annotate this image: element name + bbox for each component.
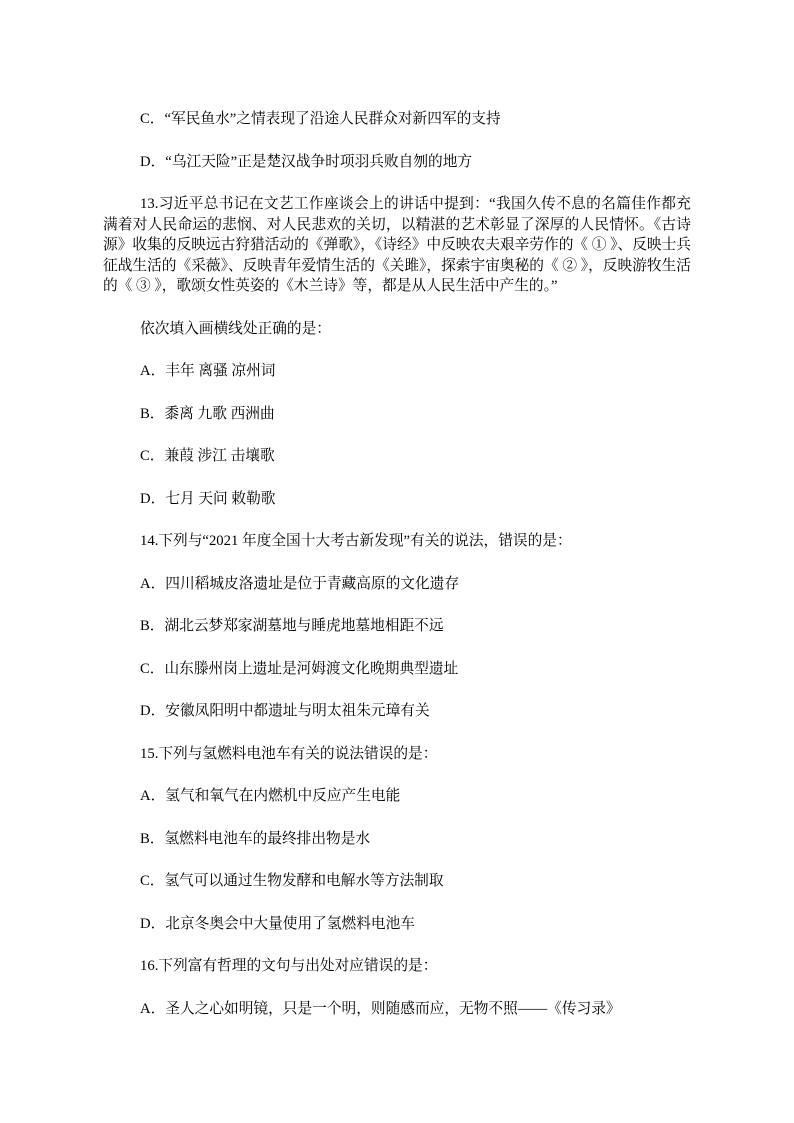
question-15-stem: 15.下列与氢燃料电池车有关的说法错误的是：: [103, 744, 691, 765]
question-15-option-c: C．氢气可以通过生物发酵和电解水等方法制取: [103, 871, 691, 892]
question-15-option-a: A．氢气和氧气在内燃机中反应产生电能: [103, 786, 691, 807]
prev-question-option-c: C．“军民鱼水”之情表现了沿途人民群众对新四军的支持: [103, 109, 691, 130]
question-13-option-c: C．兼葭 涉江 击壤歌: [103, 446, 691, 467]
question-14-option-b: B．湖北云梦郑家湖墓地与睡虎地墓地相距不远: [103, 616, 691, 637]
question-13-option-b: B．黍离 九歌 西洲曲: [103, 404, 691, 425]
question-16-option-a: A．圣人之心如明镜，只是一个明，则随感而应，无物不照——《传习录》: [103, 999, 691, 1020]
question-13-option-d: D．七月 天问 敕勒歌: [103, 489, 691, 510]
question-15-option-d: D．北京冬奥会中大量使用了氢燃料电池车: [103, 914, 691, 935]
question-14-stem: 14.下列与“2021 年度全国十大考古新发现”有关的说法，错误的是：: [103, 531, 691, 552]
document-page: C．“军民鱼水”之情表现了沿途人民群众对新四军的支持 D．“乌江天险”正是楚汉战…: [0, 0, 794, 1123]
question-14-option-c: C．山东滕州岗上遗址是河姆渡文化晚期典型遗址: [103, 659, 691, 680]
prev-question-option-d: D．“乌江天险”正是楚汉战争时项羽兵败自刎的地方: [103, 152, 691, 173]
question-14-option-d: D．安徽凤阳明中都遗址与明太祖朱元璋有关: [103, 701, 691, 722]
question-13-stem: 13.习近平总书记在文艺工作座谈会上的讲话中提到：“我国久传不息的名篇佳作都充满…: [103, 194, 691, 297]
question-15-option-b: B．氢燃料电池车的最终排出物是水: [103, 829, 691, 850]
question-16-stem: 16.下列富有哲理的文句与出处对应错误的是：: [103, 956, 691, 977]
question-13-option-a: A．丰年 离骚 凉州词: [103, 361, 691, 382]
question-13-prompt: 依次填入画横线处正确的是：: [103, 319, 691, 340]
question-14-option-a: A．四川稻城皮洛遗址是位于青藏高原的文化遗存: [103, 574, 691, 595]
